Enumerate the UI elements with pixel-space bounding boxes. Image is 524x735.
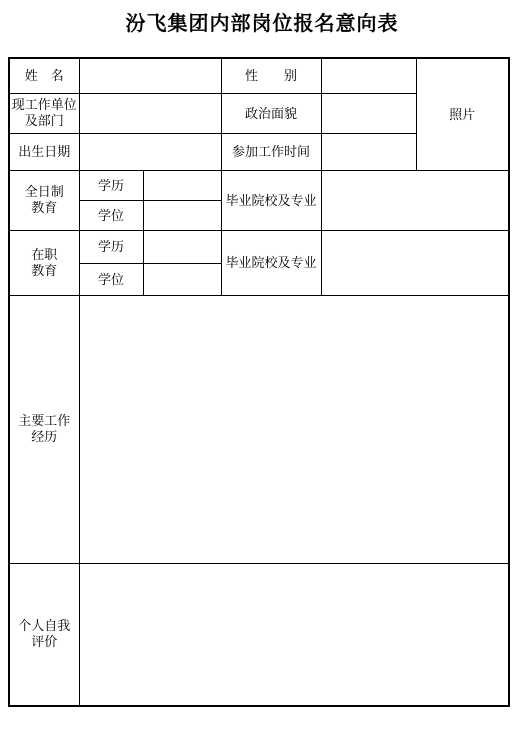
gender-label-cell: 性 别: [221, 58, 321, 93]
current-unit-label-cell: 现工作单位 及部门: [9, 93, 79, 133]
political-status-label-cell: 政治面貌: [221, 93, 321, 133]
onjob-school-input-cell[interactable]: [321, 230, 509, 295]
onjob-school-label-cell: 毕业院校及专业: [221, 230, 321, 295]
onjob-diploma-input-cell[interactable]: [143, 263, 221, 295]
work-experience-input-cell[interactable]: [79, 295, 509, 563]
onjob-education-group-label: 在职 教育: [9, 230, 79, 295]
birth-date-label-cell: 出生日期: [9, 133, 79, 170]
self-evaluation-input-cell[interactable]: [79, 563, 509, 706]
work-start-input-cell[interactable]: [321, 133, 416, 170]
onjob-diploma-label-cell: 学位: [79, 263, 143, 295]
fulltime-diploma-label-cell: 学位: [79, 200, 143, 230]
form-title: 汾飞集团内部岗位报名意向表: [0, 0, 524, 36]
fulltime-school-label-cell: 毕业院校及专业: [221, 170, 321, 230]
onjob-degree-input-cell[interactable]: [143, 230, 221, 263]
fulltime-education-group-label: 全日制 教育: [9, 170, 79, 230]
fulltime-degree-input-cell[interactable]: [143, 170, 221, 200]
row-onjob-degree: 在职 教育 学历 毕业院校及专业: [9, 230, 509, 263]
self-evaluation-label-cell: 个人自我 评价: [9, 563, 79, 706]
row-self-evaluation: 个人自我 评价: [9, 563, 509, 706]
name-input-cell[interactable]: [79, 58, 221, 93]
current-unit-input-cell[interactable]: [79, 93, 221, 133]
fulltime-diploma-input-cell[interactable]: [143, 200, 221, 230]
application-form-table: 姓 名 性 别 照片 现工作单位 及部门 政治面貌 出生日期 参加工作时间 全日…: [8, 57, 510, 707]
row-work-experience: 主要工作 经历: [9, 295, 509, 563]
row-name-gender: 姓 名 性 别 照片: [9, 58, 509, 93]
political-status-input-cell[interactable]: [321, 93, 416, 133]
fulltime-degree-label-cell: 学历: [79, 170, 143, 200]
work-experience-label-cell: 主要工作 经历: [9, 295, 79, 563]
work-start-label-cell: 参加工作时间: [221, 133, 321, 170]
row-fulltime-degree: 全日制 教育 学历 毕业院校及专业: [9, 170, 509, 200]
photo-cell: 照片: [416, 58, 509, 170]
birth-date-input-cell[interactable]: [79, 133, 221, 170]
name-label-cell: 姓 名: [9, 58, 79, 93]
gender-input-cell[interactable]: [321, 58, 416, 93]
fulltime-school-input-cell[interactable]: [321, 170, 509, 230]
onjob-degree-label-cell: 学历: [79, 230, 143, 263]
